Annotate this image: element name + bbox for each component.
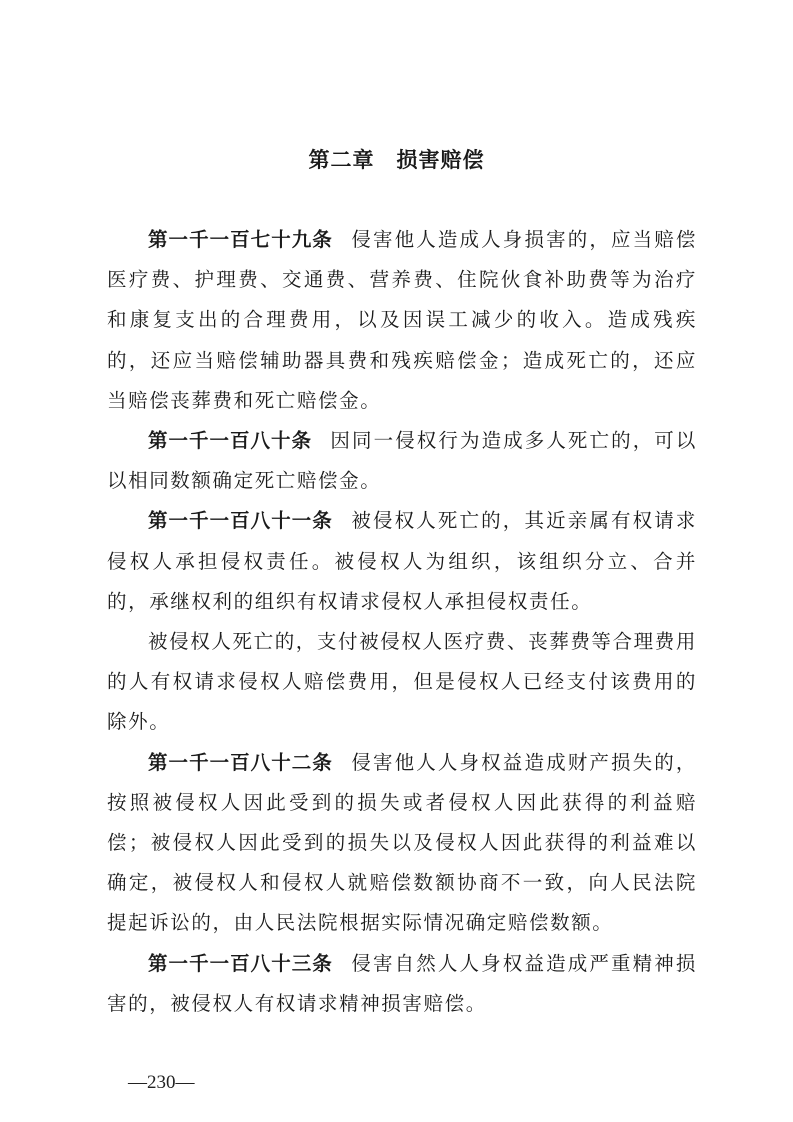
article-text: 侵害他人造成人身损害的，应当赔偿医疗费、护理费、交通费、营养费、住院伙食补助费等…: [107, 228, 697, 412]
article-1183: 第一千一百八十三条侵害自然人人身权益造成严重精神损害的，被侵权人有权请求精神损害…: [107, 944, 697, 1024]
article-text: 侵害他人人身权益造成财产损失的，按照被侵权人因此受到的损失或者侵权人因此获得的利…: [107, 751, 697, 935]
chapter-title: 第二章损害赔偿: [0, 145, 793, 175]
article-1182: 第一千一百八十二条侵害他人人身权益造成财产损失的，按照被侵权人因此受到的损失或者…: [107, 743, 697, 944]
article-number: 第一千一百八十条: [148, 429, 312, 452]
article-number: 第一千一百八十三条: [148, 952, 333, 975]
document-body: 第一千一百七十九条侵害他人造成人身损害的，应当赔偿医疗费、护理费、交通费、营养费…: [107, 220, 697, 1024]
article-text: 被侵权人死亡的，支付被侵权人医疗费、丧葬费等合理费用的人有权请求侵权人赔偿费用，…: [107, 630, 697, 733]
chapter-number: 第二章: [309, 148, 375, 172]
article-number: 第一千一百七十九条: [148, 228, 333, 251]
article-number: 第一千一百八十一条: [148, 509, 333, 532]
article-1180: 第一千一百八十条因同一侵权行为造成多人死亡的，可以以相同数额确定死亡赔偿金。: [107, 421, 697, 501]
page-number: —230—: [128, 1071, 195, 1095]
article-1181-clause-2: 被侵权人死亡的，支付被侵权人医疗费、丧葬费等合理费用的人有权请求侵权人赔偿费用，…: [107, 622, 697, 743]
article-number: 第一千一百八十二条: [148, 751, 333, 774]
chapter-name: 损害赔偿: [397, 148, 485, 172]
article-1181: 第一千一百八十一条被侵权人死亡的，其近亲属有权请求侵权人承担侵权责任。被侵权人为…: [107, 501, 697, 622]
article-1179: 第一千一百七十九条侵害他人造成人身损害的，应当赔偿医疗费、护理费、交通费、营养费…: [107, 220, 697, 421]
